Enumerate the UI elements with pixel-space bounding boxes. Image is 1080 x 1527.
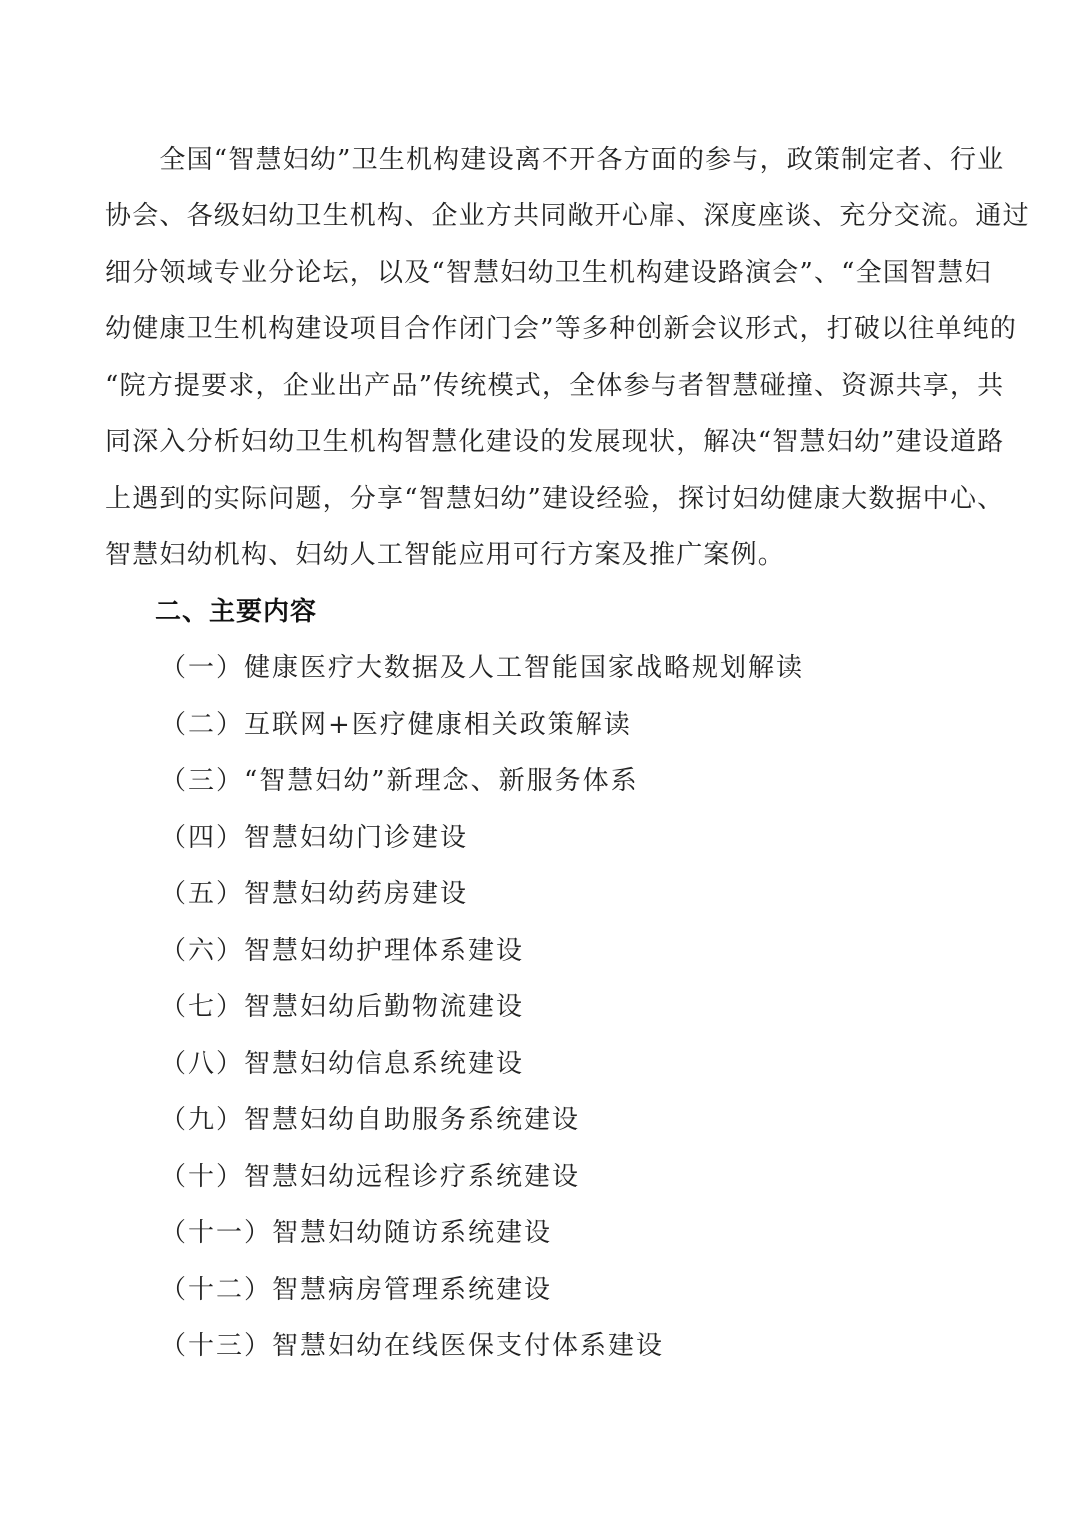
document-page: 全国“智慧妇幼”卫生机构建设离不开各方面的参与，政策制定者、行业 协会、各级妇幼… [0, 0, 1080, 1527]
list-item: （九）智慧妇幼自助服务系统建设 [160, 1105, 580, 1135]
list-item: （七）智慧妇幼后勤物流建设 [160, 992, 524, 1022]
list-item: （十三）智慧妇幼在线医保支付体系建设 [160, 1331, 664, 1361]
paragraph-line: 智慧妇幼机构、妇幼人工智能应用可行方案及推广案例。 [105, 540, 967, 570]
list-item: （三）“智慧妇幼”新理念、新服务体系 [160, 766, 639, 796]
paragraph-line: “院方提要求，企业出产品”传统模式，全体参与者智慧碰撞、资源共享，共 [105, 371, 967, 401]
paragraph-line: 协会、各级妇幼卫生机构、企业方共同敞开心扉、深度座谈、充分交流。通过 [105, 201, 967, 231]
paragraph-line: 幼健康卫生机构建设项目合作闭门会”等多种创新会议形式，打破以往单纯的 [105, 314, 967, 344]
list-item: （一）健康医疗大数据及人工智能国家战略规划解读 [160, 653, 804, 683]
list-item: （五）智慧妇幼药房建设 [160, 879, 468, 909]
list-item: （四）智慧妇幼门诊建设 [160, 823, 468, 853]
paragraph-line: 细分领域专业分论坛，以及“智慧妇幼卫生机构建设路演会”、“全国智慧妇 [105, 258, 967, 288]
paragraph-line: 全国“智慧妇幼”卫生机构建设离不开各方面的参与，政策制定者、行业 [105, 145, 967, 175]
list-item: （十）智慧妇幼远程诊疗系统建设 [160, 1162, 580, 1192]
paragraph-line: 同深入分析妇幼卫生机构智慧化建设的发展现状，解决“智慧妇幼”建设道路 [105, 427, 967, 457]
section-heading: 二、主要内容 [155, 597, 317, 627]
list-item: （十二）智慧病房管理系统建设 [160, 1275, 552, 1305]
paragraph-line: 上遇到的实际问题，分享“智慧妇幼”建设经验，探讨妇幼健康大数据中心、 [105, 484, 967, 514]
list-item: （六）智慧妇幼护理体系建设 [160, 936, 524, 966]
list-item: （二）互联网+医疗健康相关政策解读 [160, 710, 632, 740]
list-item: （八）智慧妇幼信息系统建设 [160, 1049, 524, 1079]
list-item: （十一）智慧妇幼随访系统建设 [160, 1218, 552, 1248]
